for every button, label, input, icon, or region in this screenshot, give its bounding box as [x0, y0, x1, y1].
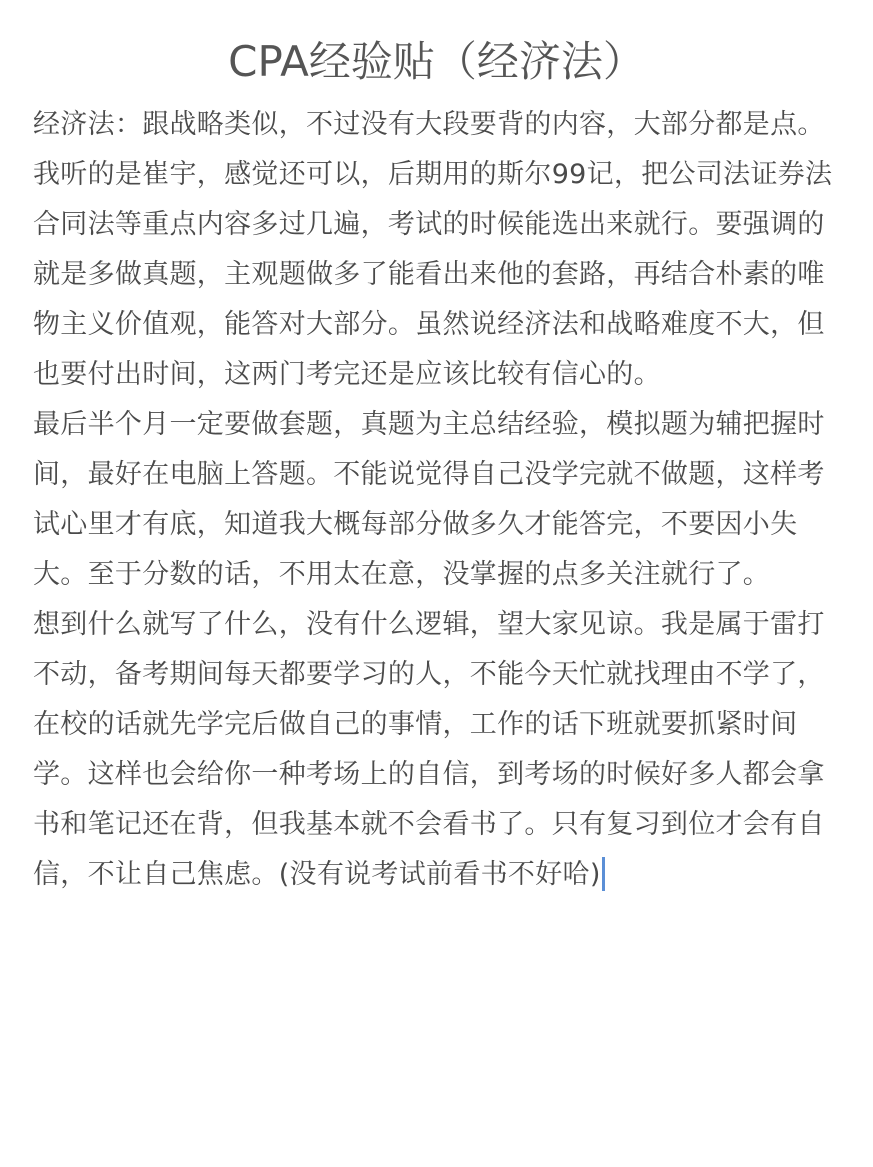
paragraph-3[interactable]: 想到什么就写了什么，没有什么逻辑，望大家见谅。我是属于雷打 不动，备考期间每天都…	[33, 600, 853, 900]
text-line: 试心里才有底，知道我大概每部分做多久才能答完，不要因小失	[33, 500, 853, 550]
paragraph-1[interactable]: 经济法：跟战略类似，不过没有大段要背的内容，大部分都是点。 我听的是崔宇，感觉还…	[33, 100, 853, 400]
last-text-line: 信，不让自己焦虑。(没有说考试前看书不好哈)	[33, 850, 853, 900]
text-line: 也要付出时间，这两门考完还是应该比较有信心的。	[33, 350, 853, 400]
text-line: 书和笔记还在背，但我基本就不会看书了。只有复习到位才会有自	[33, 800, 853, 850]
text-line: 学。这样也会给你一种考场上的自信，到考场的时候好多人都会拿	[33, 750, 853, 800]
note-editor[interactable]: CPA经验贴（经济法） 经济法：跟战略类似，不过没有大段要背的内容，大部分都是点…	[0, 0, 873, 1167]
text-line: 不动，备考期间每天都要学习的人，不能今天忙就找理由不学了，	[33, 650, 853, 700]
text-line: 就是多做真题，主观题做多了能看出来他的套路，再结合朴素的唯	[33, 250, 853, 300]
text-line: 间，最好在电脑上答题。不能说觉得自己没学完就不做题，这样考	[33, 450, 853, 500]
text-line: 大。至于分数的话，不用太在意，没掌握的点多关注就行了。	[33, 550, 853, 600]
text-line: 合同法等重点内容多过几遍，考试的时候能选出来就行。要强调的	[33, 200, 853, 250]
text-line: 经济法：跟战略类似，不过没有大段要背的内容，大部分都是点。	[33, 100, 853, 150]
text-line: 想到什么就写了什么，没有什么逻辑，望大家见谅。我是属于雷打	[33, 600, 853, 650]
text-caret	[602, 857, 605, 891]
text-line: 在校的话就先学完后做自己的事情，工作的话下班就要抓紧时间	[33, 700, 853, 750]
note-body[interactable]: 经济法：跟战略类似，不过没有大段要背的内容，大部分都是点。 我听的是崔宇，感觉还…	[33, 100, 853, 900]
last-line-text: 信，不让自己焦虑。(没有说考试前看书不好哈)	[33, 859, 601, 890]
paragraph-2[interactable]: 最后半个月一定要做套题，真题为主总结经验，模拟题为辅把握时 间，最好在电脑上答题…	[33, 400, 853, 600]
text-line: 物主义价值观，能答对大部分。虽然说经济法和战略难度不大，但	[33, 300, 853, 350]
note-title[interactable]: CPA经验贴（经济法）	[0, 36, 873, 88]
text-line: 我听的是崔宇，感觉还可以，后期用的斯尔99记，把公司法证券法	[33, 150, 853, 200]
text-line: 最后半个月一定要做套题，真题为主总结经验，模拟题为辅把握时	[33, 400, 853, 450]
